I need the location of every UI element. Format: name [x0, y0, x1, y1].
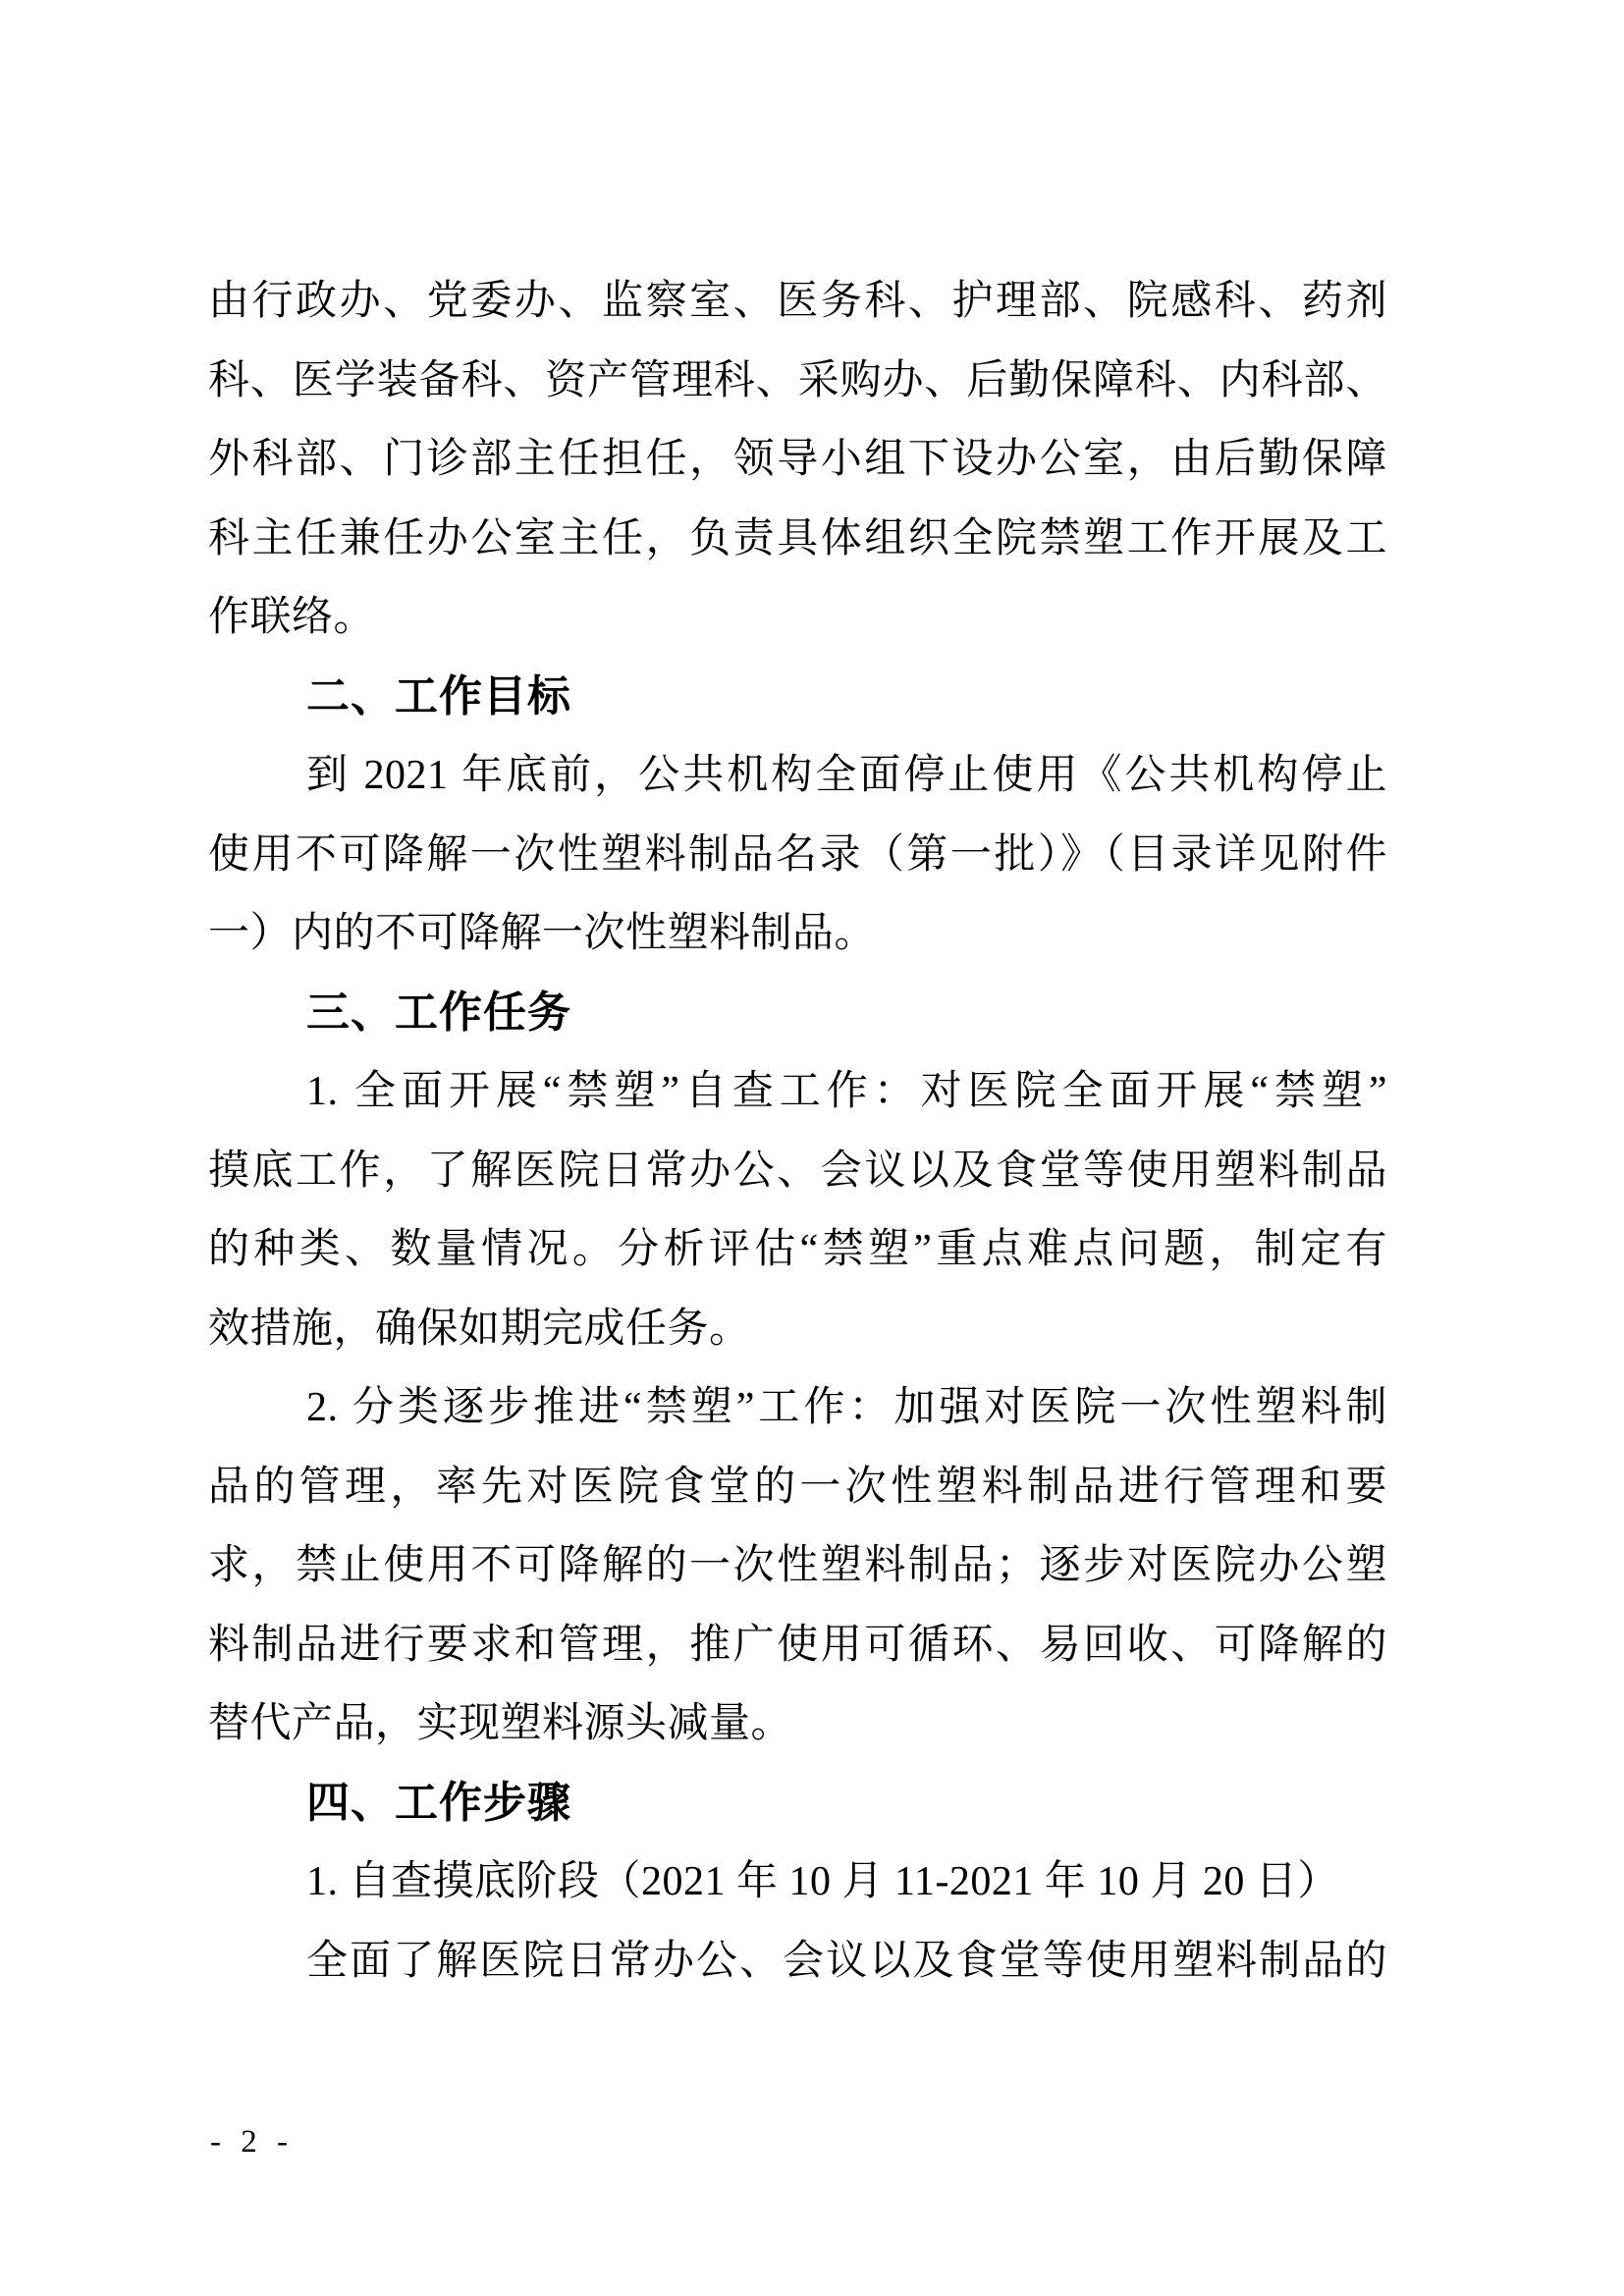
body-line: 作联络。	[208, 578, 1387, 658]
section-heading-work-steps: 四、工作步骤	[208, 1764, 1387, 1843]
body-line: 使用不可降解一次性塑料制品名录（第一批）》（目录详见附件	[208, 816, 1387, 895]
body-line: 摸底工作，了解医院日常办公、会议以及食堂等使用塑料制品	[208, 1132, 1387, 1211]
body-line: 一）内的不可降解一次性塑料制品。	[208, 894, 1387, 974]
body-line: 外科部、门诊部主任担任，领导小组下设办公室，由后勤保障	[208, 420, 1387, 500]
body-line: 料制品进行要求和管理，推广使用可循环、易回收、可降解的	[208, 1606, 1387, 1685]
section-heading-work-tasks: 三、工作任务	[208, 974, 1387, 1053]
body-line: 品的管理，率先对医院食堂的一次性塑料制品进行管理和要	[208, 1448, 1387, 1527]
page-number: - 2 -	[210, 2122, 294, 2162]
body-line: 替代产品，实现塑料源头减量。	[208, 1684, 1387, 1764]
body-line: 的种类、数量情况。分析评估“禁塑”重点难点问题，制定有	[208, 1210, 1387, 1290]
document-text-block: 由行政办、党委办、监察室、医务科、护理部、院感科、药剂 科、医学装备科、资产管理…	[208, 262, 1387, 2001]
body-line: 到 2021 年底前，公共机构全面停止使用《公共机构停止	[208, 736, 1387, 816]
body-line: 科主任兼任办公室主任，负责具体组织全院禁塑工作开展及工	[208, 500, 1387, 579]
body-line: 1. 自查摸底阶段（2021 年 10 月 11-2021 年 10 月 20 …	[208, 1842, 1387, 1922]
body-line: 科、医学装备科、资产管理科、采购办、后勤保障科、内科部、	[208, 342, 1387, 421]
body-line: 求，禁止使用不可降解的一次性塑料制品；逐步对医院办公塑	[208, 1526, 1387, 1606]
body-line: 效措施，确保如期完成任务。	[208, 1290, 1387, 1369]
body-line: 全面了解医院日常办公、会议以及食堂等使用塑料制品的	[208, 1922, 1387, 2002]
section-heading-work-objectives: 二、工作目标	[208, 658, 1387, 737]
body-line: 2. 分类逐步推进“禁塑”工作：加强对医院一次性塑料制	[208, 1368, 1387, 1448]
body-line: 1. 全面开展“禁塑”自查工作：对医院全面开展“禁塑”	[208, 1052, 1387, 1132]
body-line: 由行政办、党委办、监察室、医务科、护理部、院感科、药剂	[208, 262, 1387, 342]
document-page: 由行政办、党委办、监察室、医务科、护理部、院感科、药剂 科、医学装备科、资产管理…	[0, 0, 1624, 2296]
